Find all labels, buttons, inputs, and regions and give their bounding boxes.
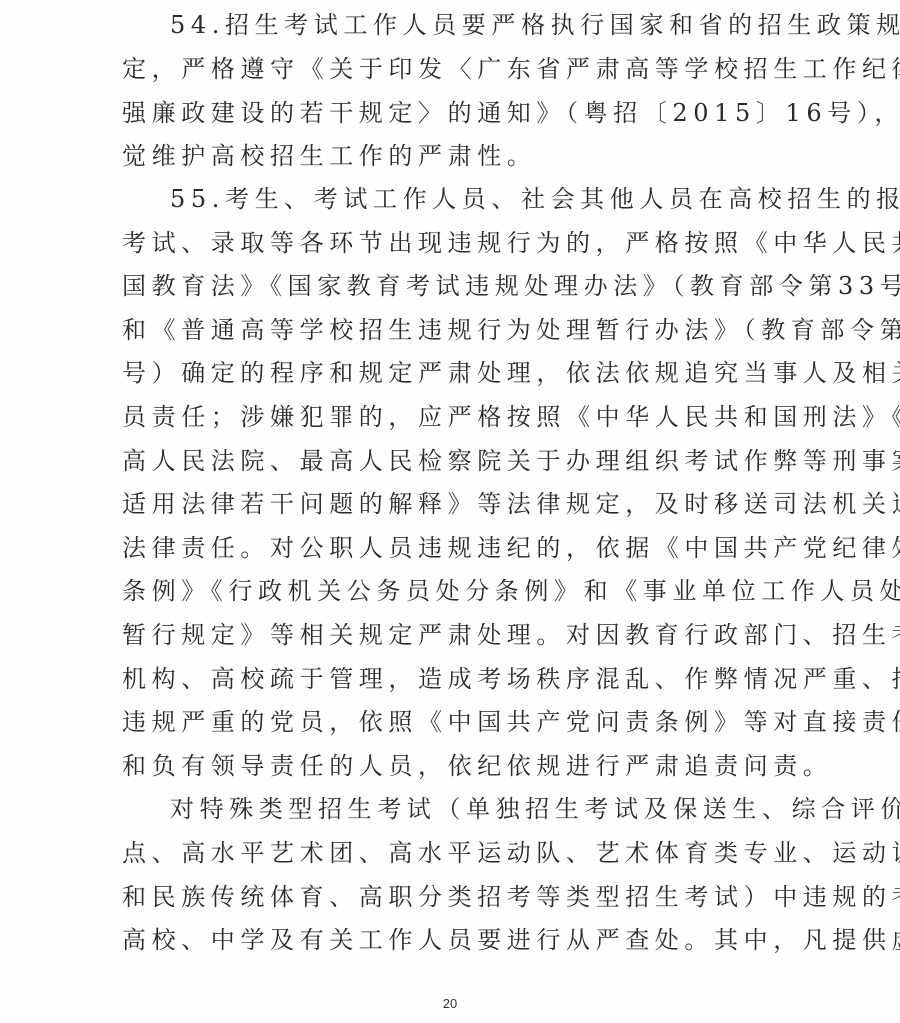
article-54-line-4: 觉维护高校招生工作的严肃性。 [122, 141, 802, 171]
article-55-line-1: 55.考生、考试工作人员、社会其他人员在高校招生的报名、 [170, 184, 850, 214]
article-55-line-6: 员责任；涉嫌犯罪的，应严格按照《中华人民共和国刑法》《最 [122, 402, 802, 432]
article-55-line-12: 机构、高校疏于管理，造成考场秩序混乱、作弊情况严重、招生 [122, 664, 802, 694]
special-exams-line-4: 高校、中学及有关工作人员要进行从严查处。其中，凡提供虚假 [122, 925, 802, 955]
article-55-line-2: 考试、录取等各环节出现违规行为的，严格按照《中华人民共和 [122, 228, 802, 258]
article-55-line-5: 号）确定的程序和规定严肃处理，依法依规追究当事人及相关人 [122, 358, 802, 388]
page-number: 20 [0, 996, 900, 1011]
article-55-line-14: 和负有领导责任的人员，依纪依规进行严肃追责问责。 [122, 751, 802, 781]
article-55-line-3: 国教育法》《国家教育考试违规处理办法》（教育部令第33号） [122, 271, 802, 301]
article-55-line-11: 暂行规定》等相关规定严肃处理。对因教育行政部门、招生考试 [122, 620, 802, 650]
article-55-line-4: 和《普通高等学校招生违规行为处理暂行办法》（教育部令第36 [122, 315, 802, 345]
article-55-line-7: 高人民法院、最高人民检察院关于办理组织考试作弊等刑事案件 [122, 446, 802, 476]
article-54-line-3: 强廉政建设的若干规定〉的通知》（粤招〔2015〕16号），自 [122, 98, 802, 128]
special-exams-line-2: 点、高水平艺术团、高水平运动队、艺术体育类专业、运动训练 [122, 838, 802, 868]
article-55-line-8: 适用法律若干问题的解释》等法律规定，及时移送司法机关追究 [122, 489, 802, 519]
article-54-line-2: 定，严格遵守《关于印发〈广东省严肃高等学校招生工作纪律加 [122, 54, 802, 84]
article-54-line-1: 54.招生考试工作人员要严格执行国家和省的招生政策规 [170, 10, 850, 40]
article-55-line-13: 违规严重的党员，依照《中国共产党问责条例》等对直接责任人 [122, 707, 802, 737]
special-exams-line-1: 对特殊类型招生考试（单独招生考试及保送生、综合评价试 [170, 794, 850, 824]
article-55-line-10: 条例》《行政机关公务员处分条例》和《事业单位工作人员处分 [122, 576, 802, 606]
article-55-line-9: 法律责任。对公职人员违规违纪的，依据《中国共产党纪律处分 [122, 533, 802, 563]
document-page: 54.招生考试工作人员要严格执行国家和省的招生政策规 定，严格遵守《关于印发〈广… [0, 0, 900, 1023]
special-exams-line-3: 和民族传统体育、高职分类招考等类型招生考试）中违规的考生、 [122, 882, 802, 912]
